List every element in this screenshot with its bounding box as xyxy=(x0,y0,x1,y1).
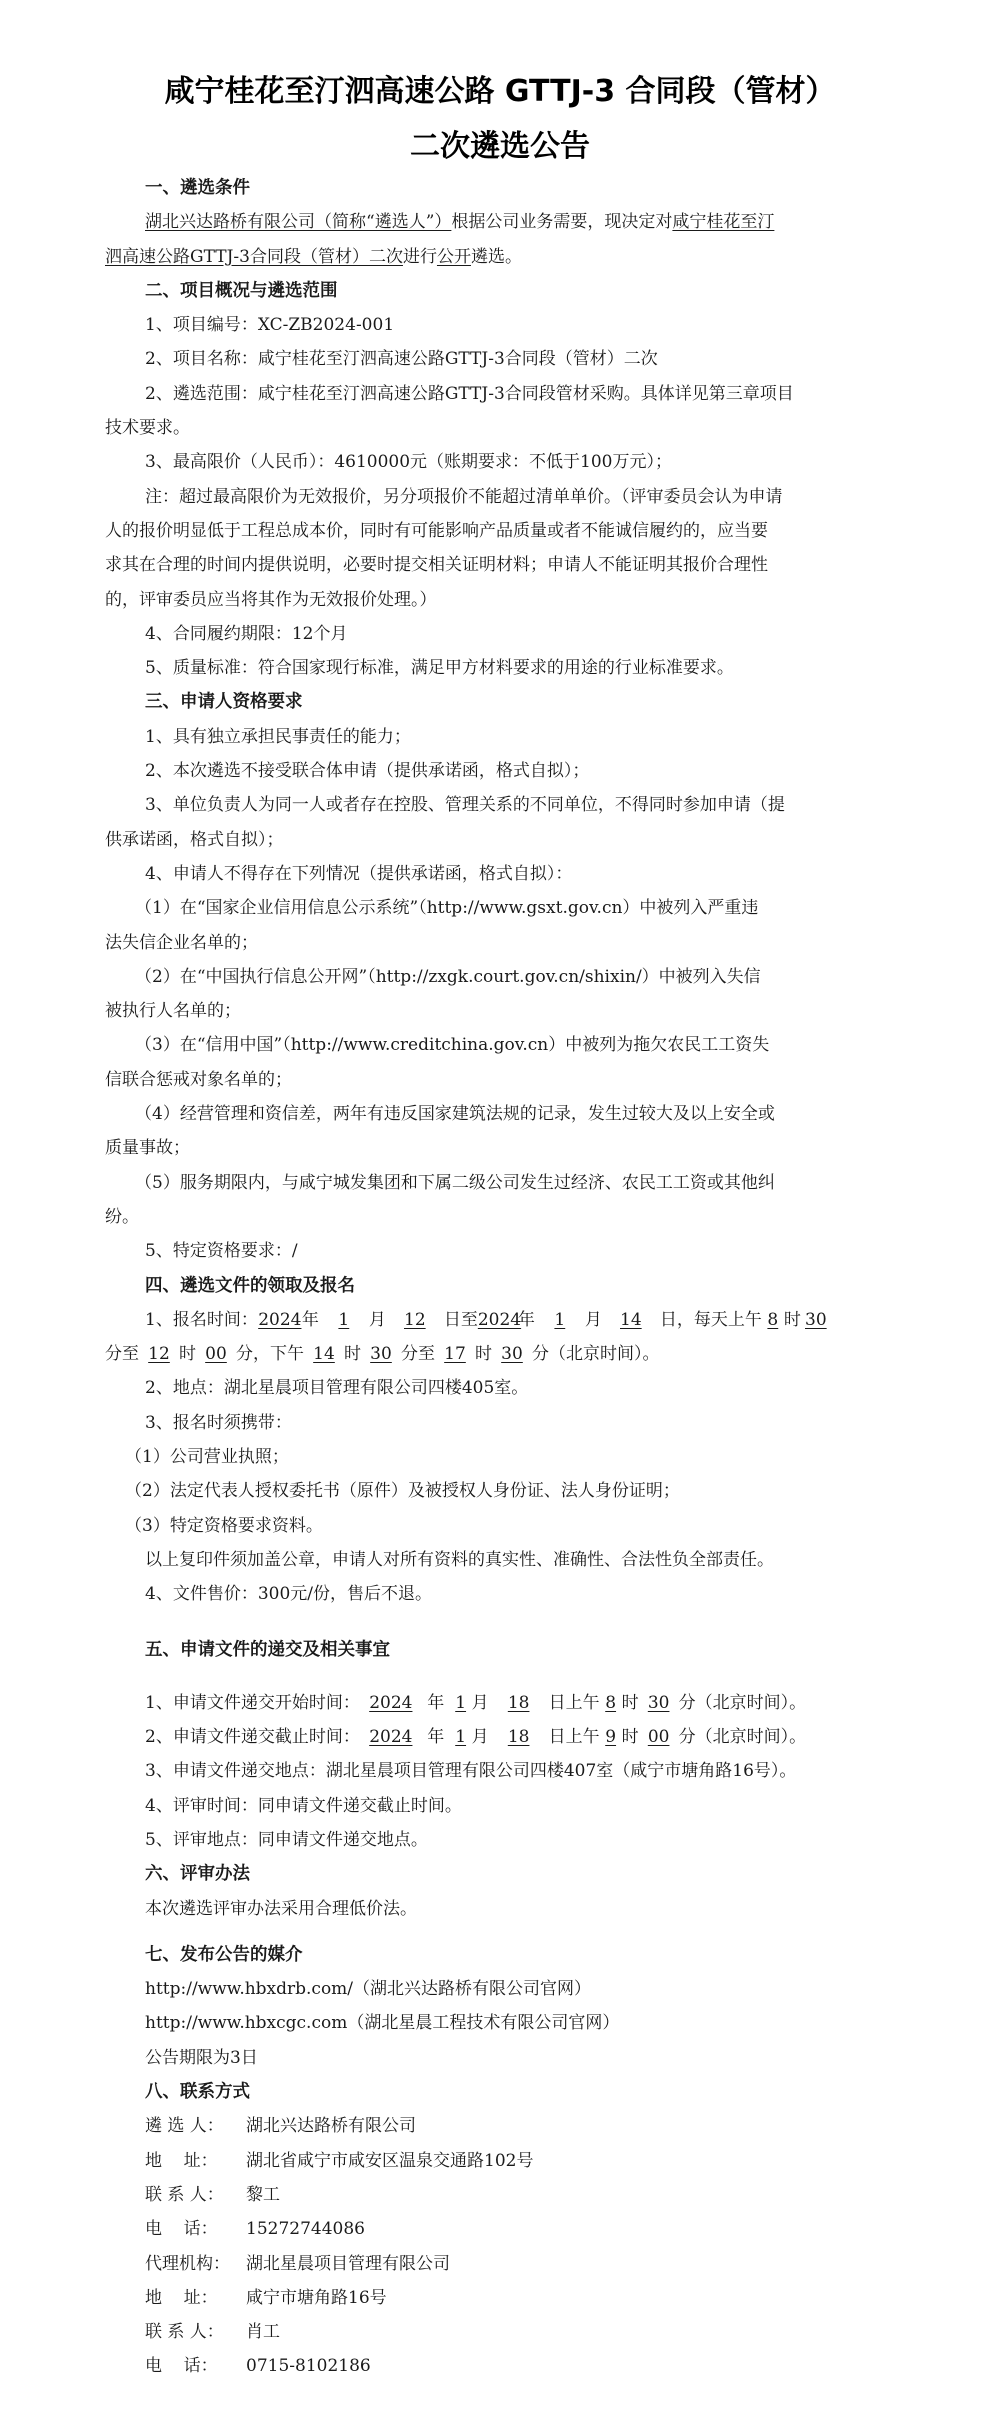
material-3: （3）特定资格要求资料。 xyxy=(105,1509,900,1543)
text: 1、申请文件递交开始时间： xyxy=(145,1693,360,1713)
section-7-heading: 七、发布公告的媒介 xyxy=(105,1938,900,1972)
reg-end-day: 14 xyxy=(602,1303,660,1337)
text: （北京时间）。 xyxy=(696,1693,807,1713)
selection-scope: 2、遴选范围：咸宁桂花至汀泗高速公路GTTJ-3合同段管材采购。具体详见第三章项… xyxy=(105,377,900,411)
text: 分，下午 xyxy=(236,1344,304,1364)
text: 分 xyxy=(679,1693,696,1713)
requirement-4-1: （1）在“国家企业信用信息公示系统”（http://www.gsxt.gov.c… xyxy=(105,891,900,925)
section-4-heading: 四、遴选文件的领取及报名 xyxy=(105,1269,900,1303)
method-public: 公开 xyxy=(437,247,471,267)
requirement-3-cont: 供承诺函，格式自拟）； xyxy=(105,823,900,857)
label: 遴 选 人： xyxy=(145,2109,246,2143)
text: 月 xyxy=(472,1693,489,1713)
text: 根据公司业务需要，现决定对 xyxy=(451,212,672,232)
contact-selector: 遴 选 人：湖北兴达路桥有限公司 xyxy=(105,2109,900,2143)
review-method: 本次遴选评审办法采用合理低价法。 xyxy=(105,1892,900,1926)
text: 月 xyxy=(585,1310,602,1330)
text: 时 xyxy=(179,1344,196,1364)
text: 时 xyxy=(622,1727,639,1747)
section-5-heading: 五、申请文件的递交及相关事宜 xyxy=(105,1633,900,1667)
text: 年 xyxy=(422,1693,450,1713)
registration-materials: 3、报名时须携带： xyxy=(105,1406,900,1440)
registration-location: 2、地点：湖北星晨项目管理有限公司四楼405室。 xyxy=(105,1371,900,1405)
pm-end-hour: 17 xyxy=(435,1337,475,1371)
reg-start-day: 12 xyxy=(386,1303,444,1337)
requirement-4-4-cont: 质量事故； xyxy=(105,1131,900,1165)
reg-start-month: 1 xyxy=(319,1303,369,1337)
reg-end-month: 1 xyxy=(535,1303,585,1337)
pm-start-minute: 30 xyxy=(361,1337,401,1371)
text: 分 xyxy=(532,1344,549,1364)
submit-start-month: 1 xyxy=(450,1686,472,1720)
text: 分至 xyxy=(401,1344,435,1364)
label: 地 址： xyxy=(145,2281,246,2315)
contact-agency: 代理机构：湖北星晨项目管理有限公司 xyxy=(105,2247,900,2281)
text: 1、报名时间： xyxy=(145,1310,258,1330)
reg-end-year: 2024 xyxy=(478,1303,518,1337)
document-price: 4、文件售价：300元/份，售后不退。 xyxy=(105,1577,900,1611)
am-start-hour: 8 xyxy=(762,1303,784,1337)
section-1-heading: 一、遴选条件 xyxy=(105,171,900,205)
section-8-heading: 八、联系方式 xyxy=(105,2075,900,2109)
text: 时 xyxy=(622,1693,639,1713)
text: 年 xyxy=(302,1310,319,1330)
submit-start-day: 18 xyxy=(489,1686,549,1720)
spacer xyxy=(105,1611,900,1633)
submission-location: 3、申请文件递交地点：湖北星晨项目管理有限公司四楼407室（咸宁市塘角路16号）… xyxy=(105,1754,900,1788)
requirement-2: 2、本次遴选不接受联合体申请（提供承诺函，格式自拟）； xyxy=(105,754,900,788)
spacer xyxy=(105,1926,900,1938)
text: （北京时间）。 xyxy=(696,1727,807,1747)
am-end-minute: 00 xyxy=(196,1337,236,1371)
submit-start-minute: 30 xyxy=(639,1686,679,1720)
am-start-minute: 30 xyxy=(801,1303,831,1337)
requirement-4-3-cont: 信联合惩戒对象名单的； xyxy=(105,1063,900,1097)
value: 0715-8102186 xyxy=(246,2356,371,2376)
label: 电 话： xyxy=(145,2349,246,2383)
contact-selector-person: 联 系 人：黎工 xyxy=(105,2178,900,2212)
requirement-4-5-cont: 纷。 xyxy=(105,1200,900,1234)
section-1-paragraph-line-1: 湖北兴达路桥有限公司（简称“遴选人”）根据公司业务需要，现决定对咸宁桂花至汀 xyxy=(105,205,900,239)
max-price: 3、最高限价（人民币）：4610000元（账期要求：不低于100万元）； xyxy=(105,445,900,479)
value: 黎工 xyxy=(246,2185,280,2205)
submit-end-year: 2024 xyxy=(360,1720,422,1754)
submit-start-hour: 8 xyxy=(600,1686,622,1720)
submit-end-hour: 9 xyxy=(600,1720,622,1754)
value: 咸宁市塘角路16号 xyxy=(246,2288,387,2308)
announcement-body: 一、遴选条件 湖北兴达路桥有限公司（简称“遴选人”）根据公司业务需要，现决定对咸… xyxy=(105,171,900,2384)
media-link-hbxdrb[interactable]: http://www.hbxdrb.com/（湖北兴达路桥有限公司官网） xyxy=(105,1972,900,2006)
value: 湖北兴达路桥有限公司 xyxy=(246,2116,416,2136)
project-name-part: 泗高速公路GTTJ-3合同段（管材）二次 xyxy=(105,247,403,267)
note-line-4: 的，评审委员应当将其作为无效报价处理。） xyxy=(105,583,900,617)
contact-agency-person: 联 系 人：肖工 xyxy=(105,2315,900,2349)
text: 分 xyxy=(679,1727,696,1747)
requirement-4-1-cont: 法失信企业名单的； xyxy=(105,926,900,960)
media-link-hbxcgc[interactable]: http://www.hbxcgc.com（湖北星晨工程技术有限公司官网） xyxy=(105,2006,900,2040)
text: 时 xyxy=(784,1310,801,1330)
spacer xyxy=(105,1668,900,1686)
requirement-4-2: （2）在“中国执行信息公开网”（http://zxgk.court.gov.cn… xyxy=(105,960,900,994)
selection-scope-cont: 技术要求。 xyxy=(105,411,900,445)
contact-agency-address: 地 址：咸宁市塘角路16号 xyxy=(105,2281,900,2315)
text: 年 xyxy=(518,1310,535,1330)
note-line-1: 注：超过最高限价为无效报价，另分项报价不能超过清单单价。（评审委员会认为申请 xyxy=(105,480,900,514)
selector-company: 湖北兴达路桥有限公司（简称“遴选人”） xyxy=(145,212,451,232)
project-number: 1、项目编号：XC-ZB2024-001 xyxy=(105,308,900,342)
requirement-3: 3、单位负责人为同一人或者存在控股、管理关系的不同单位，不得同时参加申请（提 xyxy=(105,788,900,822)
am-end-hour: 12 xyxy=(139,1337,179,1371)
reg-start-year: 2024 xyxy=(258,1303,302,1337)
text: 遴选。 xyxy=(471,247,522,267)
value: 湖北省咸宁市咸安区温泉交通路102号 xyxy=(246,2151,533,2171)
text: 分至 xyxy=(105,1344,139,1364)
text: 时 xyxy=(344,1344,361,1364)
text: 日，每天上午 xyxy=(660,1310,762,1330)
title-line-2: 二次遴选公告 xyxy=(0,121,1000,165)
text: 月 xyxy=(472,1727,489,1747)
label: 地 址： xyxy=(145,2144,246,2178)
requirement-4-4: （4）经营管理和资信差，两年有违反国家建筑法规的记录，发生过较大及以上安全或 xyxy=(105,1097,900,1131)
submit-end-month: 1 xyxy=(450,1720,472,1754)
announcement-period: 公告期限为3日 xyxy=(105,2041,900,2075)
requirement-4-5: （5）服务期限内，与咸宁城发集团和下属二级公司发生过经济、农民工工资或其他纠 xyxy=(105,1166,900,1200)
requirement-1: 1、具有独立承担民事责任的能力； xyxy=(105,720,900,754)
note-line-3: 求其在合理的时间内提供说明，必要时提交相关证明材料；申请人不能证明其报价合理性 xyxy=(105,548,900,582)
text: 日上午 xyxy=(549,1727,600,1747)
quality-standard: 5、质量标准：符合国家现行标准，满足甲方材料要求的用途的行业标准要求。 xyxy=(105,651,900,685)
pm-end-minute: 30 xyxy=(492,1337,532,1371)
label: 联 系 人： xyxy=(145,2315,246,2349)
requirement-4-3: （3）在“信用中国”（http://www.creditchina.gov.cn… xyxy=(105,1028,900,1062)
title-line-1: 咸宁桂花至汀泗高速公路 GTTJ-3 合同段（管材） xyxy=(0,66,1000,110)
submission-deadline: 2、申请文件递交截止时间：2024 年 1月18日上午9时00分（北京时间）。 xyxy=(105,1720,900,1754)
requirement-5: 5、特定资格要求：/ xyxy=(105,1234,900,1268)
submit-end-day: 18 xyxy=(489,1720,549,1754)
contract-period: 4、合同履约期限：12个月 xyxy=(105,617,900,651)
pm-start-hour: 14 xyxy=(304,1337,344,1371)
section-6-heading: 六、评审办法 xyxy=(105,1857,900,1891)
material-2: （2）法定代表人授权委托书（原件）及被授权人身份证、法人身份证明； xyxy=(105,1474,900,1508)
contact-selector-address: 地 址：湖北省咸宁市咸安区温泉交通路102号 xyxy=(105,2144,900,2178)
submit-end-minute: 00 xyxy=(639,1720,679,1754)
value: 湖北星晨项目管理有限公司 xyxy=(246,2254,450,2274)
label: 联 系 人： xyxy=(145,2178,246,2212)
section-3-heading: 三、申请人资格要求 xyxy=(105,685,900,719)
text: 日至 xyxy=(444,1310,478,1330)
section-1-paragraph-line-2: 泗高速公路GTTJ-3合同段（管材）二次进行公开遴选。 xyxy=(105,240,900,274)
label: 代理机构： xyxy=(145,2247,246,2281)
requirement-4-2-cont: 被执行人名单的； xyxy=(105,994,900,1028)
text: 年 xyxy=(422,1727,450,1747)
contact-agency-phone: 电 话：0715-8102186 xyxy=(105,2349,900,2383)
value: 15272744086 xyxy=(246,2219,365,2239)
label: 电 话： xyxy=(145,2212,246,2246)
project-name-part: 咸宁桂花至汀 xyxy=(672,212,774,232)
text: 月 xyxy=(369,1310,386,1330)
text: （北京时间）。 xyxy=(549,1344,660,1364)
registration-time-line-1: 1、报名时间：2024年1月12日至2024年1月14日，每天上午8时30 xyxy=(105,1303,900,1337)
submit-start-year: 2024 xyxy=(360,1686,422,1720)
text: 进行 xyxy=(403,247,437,267)
text: 2、申请文件递交截止时间： xyxy=(145,1727,360,1747)
materials-note: 以上复印件须加盖公章，申请人对所有资料的真实性、准确性、合法性负全部责任。 xyxy=(105,1543,900,1577)
review-location: 5、评审地点：同申请文件递交地点。 xyxy=(105,1823,900,1857)
note-line-2: 人的报价明显低于工程总成本价，同时有可能影响产品质量或者不能诚信履约的，应当要 xyxy=(105,514,900,548)
text: 时 xyxy=(475,1344,492,1364)
value: 肖工 xyxy=(246,2322,280,2342)
project-name: 2、项目名称：咸宁桂花至汀泗高速公路GTTJ-3合同段（管材）二次 xyxy=(105,342,900,376)
submission-start-time: 1、申请文件递交开始时间：2024 年 1月18日上午8时30分（北京时间）。 xyxy=(105,1686,900,1720)
registration-time-line-2: 分至12时00分，下午14时30分至17时30分（北京时间）。 xyxy=(105,1337,900,1371)
contact-selector-phone: 电 话：15272744086 xyxy=(105,2212,900,2246)
requirement-4: 4、申请人不得存在下列情况（提供承诺函，格式自拟）： xyxy=(105,857,900,891)
review-time: 4、评审时间：同申请文件递交截止时间。 xyxy=(105,1789,900,1823)
section-2-heading: 二、项目概况与遴选范围 xyxy=(105,274,900,308)
text: 日上午 xyxy=(549,1693,600,1713)
material-1: （1）公司营业执照； xyxy=(105,1440,900,1474)
